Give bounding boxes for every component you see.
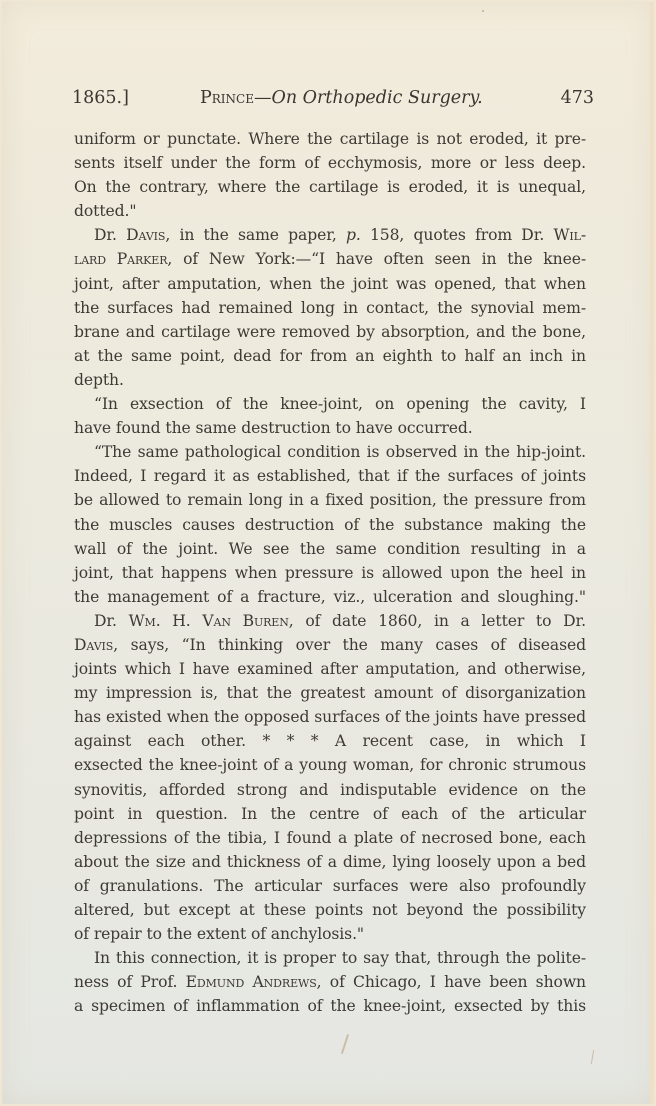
text-line: point in question. In the centre of each…	[74, 802, 586, 826]
text-line: the management of a fracture, viz., ulce…	[74, 585, 586, 609]
text-line: have found the same destruction to have …	[74, 416, 586, 440]
text-line: joints which I have examined after amput…	[74, 657, 586, 681]
text-line: Dr. Wm. H. Van Buren, of date 1860, in a…	[74, 609, 586, 633]
text-segment: depth.	[74, 371, 124, 389]
text-line: In this connection, it is proper to say …	[74, 946, 586, 970]
text-segment: the surfaces had remained long in contac…	[74, 299, 586, 317]
text-line: be allowed to remain long in a fixed pos…	[74, 488, 586, 512]
text-line: “In exsection of the knee-joint, on open…	[74, 392, 586, 416]
text-segment: , in the same paper,	[165, 226, 346, 244]
paper-speck	[341, 1034, 349, 1054]
text-line: about the size and thickness of a dime, …	[74, 850, 586, 874]
text-line: joint, after amputation, when the joint …	[74, 272, 586, 296]
text-line: sents itself under the form of ecchymosi…	[74, 151, 586, 175]
text-segment: of granulations. The articular surfaces …	[74, 877, 586, 895]
text-segment: joint, after amputation, when the joint …	[74, 275, 586, 293]
text-line: dotted."	[74, 199, 586, 223]
text-segment: of repair to the extent of anchylosis."	[74, 925, 364, 943]
text-line: at the same point, dead for from an eigh…	[74, 344, 586, 368]
text-line: altered, but except at these points not …	[74, 898, 586, 922]
text-segment: synovitis, afforded strong and indisputa…	[74, 781, 586, 799]
text-segment: point in question. In the centre of each…	[74, 805, 586, 823]
book-page: 1865.] Prince—On Orthopedic Surgery. 473…	[2, 2, 654, 1104]
text-segment: be allowed to remain long in a fixed pos…	[74, 491, 586, 509]
proper-name: Wil-	[553, 226, 586, 244]
text-segment: , says, “In thinking over the many cases…	[113, 636, 586, 654]
text-segment: the muscles causes destruction of the su…	[74, 516, 586, 534]
text-line: “The same pathological condition is obse…	[74, 440, 586, 464]
text-line: lard Parker, of New York:—“I have often …	[74, 247, 586, 271]
header-work-title: On Orthopedic Surgery.	[272, 88, 483, 108]
text-segment: , of Chicago, I have been shown	[317, 973, 586, 991]
text-line: ness of Prof. Edmund Andrews, of Chicago…	[74, 970, 586, 994]
text-segment: joints which I have examined after amput…	[74, 660, 586, 678]
proper-name: lard Parker	[74, 250, 167, 268]
running-header: 1865.] Prince—On Orthopedic Surgery. 473	[72, 88, 594, 112]
text-segment: a specimen of inflammation of the knee-j…	[74, 997, 586, 1015]
header-year: 1865.]	[72, 88, 129, 108]
text-line: has existed when the opposed surfaces of…	[74, 705, 586, 729]
text-segment: In this connection, it is proper to say …	[94, 949, 586, 967]
text-segment: about the size and thickness of a dime, …	[74, 853, 586, 871]
text-line: of repair to the extent of anchylosis."	[74, 922, 586, 946]
text-line: uniform or punctate. Where the cartilage…	[74, 127, 586, 151]
text-line: synovitis, afforded strong and indisputa…	[74, 778, 586, 802]
text-segment: , of date 1860, in a letter to Dr.	[289, 612, 586, 630]
text-segment: exsected the knee-joint of a young woman…	[74, 756, 586, 774]
text-line: Davis, says, “In thinking over the many …	[74, 633, 586, 657]
text-segment: dotted."	[74, 202, 136, 220]
text-segment: brane and cartilage were removed by abso…	[74, 323, 586, 341]
text-segment: 158, quotes from Dr.	[361, 226, 554, 244]
proper-name: Wm. H. Van Buren	[129, 612, 289, 630]
text-segment: at the same point, dead for from an eigh…	[74, 347, 586, 365]
text-line: On the contrary, where the cartilage is …	[74, 175, 586, 199]
text-segment: sents itself under the form of ecchymosi…	[74, 154, 586, 172]
header-title: Prince—On Orthopedic Surgery.	[200, 88, 483, 108]
text-line: brane and cartilage were removed by abso…	[74, 320, 586, 344]
text-segment: altered, but except at these points not …	[74, 901, 586, 919]
text-segment: my impression is, that the greatest amou…	[74, 684, 586, 702]
text-line: a specimen of inflammation of the knee-j…	[74, 994, 586, 1018]
text-segment: have found the same destruction to have …	[74, 419, 473, 437]
header-author: Prince	[200, 88, 254, 108]
text-line: depressions of the tibia, I found a plat…	[74, 826, 586, 850]
text-line: the surfaces had remained long in contac…	[74, 296, 586, 320]
text-line: exsected the knee-joint of a young woman…	[74, 753, 586, 777]
header-separator: —	[254, 88, 272, 108]
page-number: 473	[561, 88, 594, 108]
text-line: the muscles causes destruction of the su…	[74, 513, 586, 537]
text-segment: , of New York:—“I have often seen in the…	[167, 250, 586, 268]
text-segment: joint, that happens when pressure is all…	[74, 564, 586, 582]
text-segment: Dr.	[94, 226, 126, 244]
text-line: depth.	[74, 368, 586, 392]
text-segment: Indeed, I regard it as established, that…	[74, 467, 586, 485]
paper-speck	[482, 10, 484, 12]
text-segment: wall of the joint. We see the same condi…	[74, 540, 586, 558]
text-segment: has existed when the opposed surfaces of…	[74, 708, 586, 726]
body-text: uniform or punctate. Where the cartilage…	[74, 127, 586, 1018]
text-segment: Dr.	[94, 612, 129, 630]
text-segment: uniform or punctate. Where the cartilage…	[74, 130, 586, 148]
text-segment: On the contrary, where the cartilage is …	[74, 178, 586, 196]
proper-name: Edmund Andrews	[186, 973, 317, 991]
text-line: Dr. Davis, in the same paper, p. 158, qu…	[74, 223, 586, 247]
text-line: my impression is, that the greatest amou…	[74, 681, 586, 705]
text-line: Indeed, I regard it as established, that…	[74, 464, 586, 488]
italic-text: p.	[346, 226, 361, 244]
text-segment: depressions of the tibia, I found a plat…	[74, 829, 586, 847]
text-line: joint, that happens when pressure is all…	[74, 561, 586, 585]
text-segment: ness of Prof.	[74, 973, 186, 991]
paper-speck	[591, 1050, 594, 1064]
text-segment: “The same pathological condition is obse…	[94, 443, 586, 461]
text-line: wall of the joint. We see the same condi…	[74, 537, 586, 561]
proper-name: Davis	[74, 636, 113, 654]
text-segment: against each other. * * * A recent case,…	[74, 732, 586, 750]
proper-name: Davis	[126, 226, 165, 244]
text-line: against each other. * * * A recent case,…	[74, 729, 586, 753]
text-segment: the management of a fracture, viz., ulce…	[74, 588, 586, 606]
text-segment: “In exsection of the knee-joint, on open…	[94, 395, 586, 413]
text-line: of granulations. The articular surfaces …	[74, 874, 586, 898]
